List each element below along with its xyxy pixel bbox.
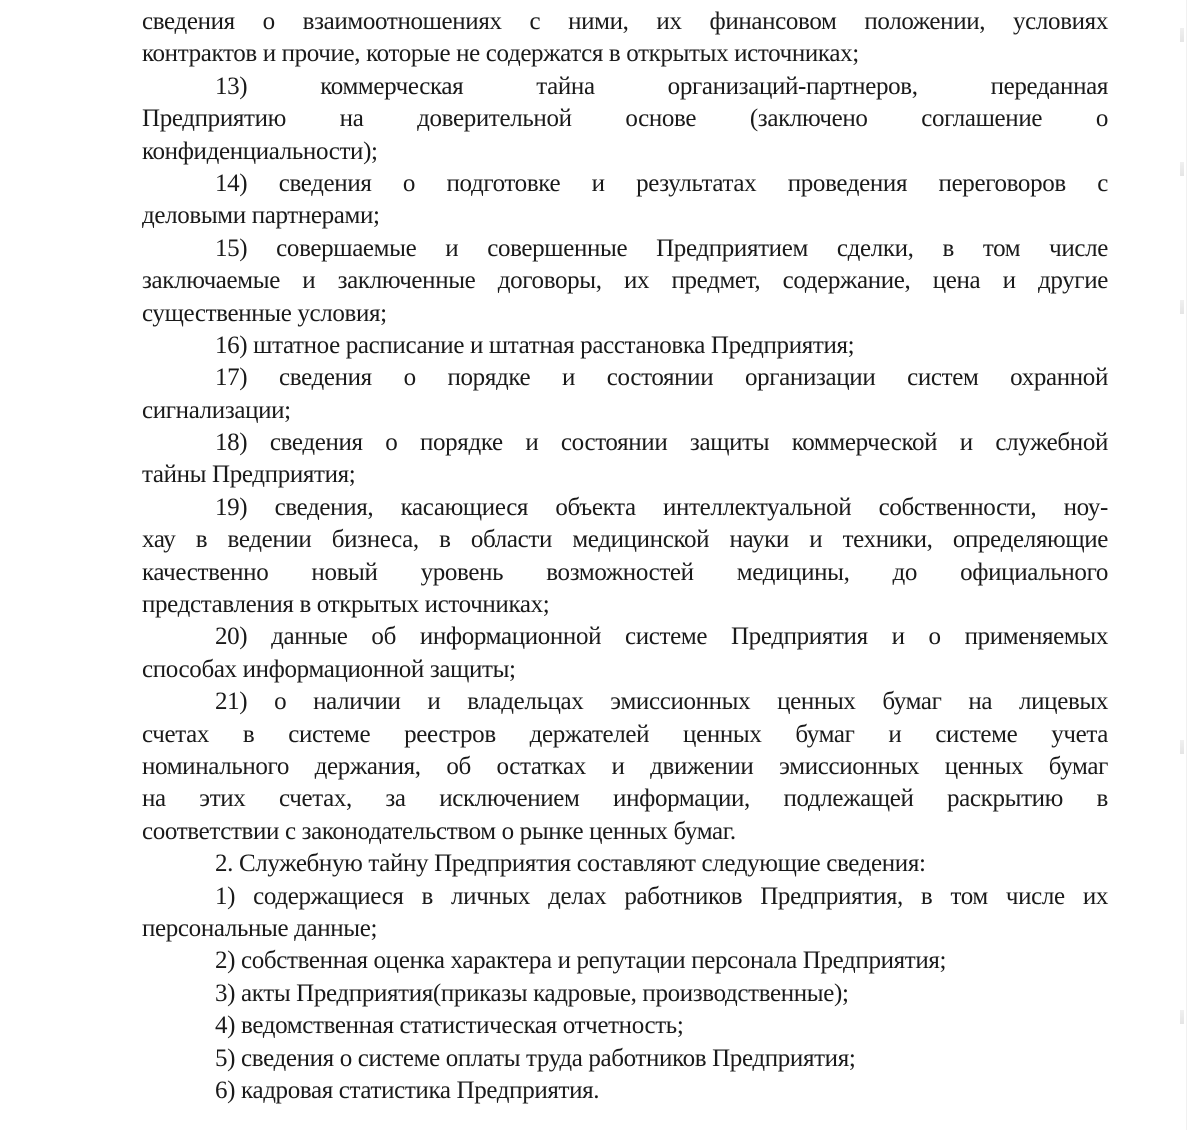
text-line: качественно новый уровень возможностей м… [142, 557, 1108, 589]
paragraph-s2-item-3: 3) акты Предприятия(приказы кадровые, пр… [142, 978, 1108, 1010]
paragraph-item-19: 19) сведения, касающиеся объекта интелле… [142, 492, 1108, 622]
text-line: персональные данные; [142, 913, 1108, 945]
text-line: 4) ведомственная статистическая отчетнос… [142, 1010, 1108, 1042]
paragraph-s2-item-4: 4) ведомственная статистическая отчетнос… [142, 1010, 1108, 1042]
text-line: хау в ведении бизнеса, в области медицин… [142, 524, 1108, 556]
text-line: существенные условия; [142, 298, 1108, 330]
text-line: 3) акты Предприятия(приказы кадровые, пр… [142, 978, 1108, 1010]
text-line: контрактов и прочие, которые не содержат… [142, 38, 1108, 70]
paragraph-s2-item-2: 2) собственная оценка характера и репута… [142, 945, 1108, 977]
text-line: 16) штатное расписание и штатная расстан… [142, 330, 1108, 362]
text-line: соответствии с законодательством о рынке… [142, 816, 1108, 848]
scan-artifact [1180, 740, 1184, 754]
text-line: сигнализации; [142, 395, 1108, 427]
paragraph-item-20: 20) данные об информационной системе Пре… [142, 621, 1108, 686]
text-line: сведения о взаимоотношениях с ними, их ф… [142, 6, 1108, 38]
text-line: деловыми партнерами; [142, 200, 1108, 232]
scan-artifact [1180, 1010, 1184, 1024]
scan-artifact [1180, 300, 1184, 314]
scan-edge-line [1186, 0, 1187, 1130]
text-line: 1) содержащиеся в личных делах работнико… [142, 881, 1108, 913]
document-page: сведения о взаимоотношениях с ними, их ф… [142, 6, 1108, 1107]
text-line: конфиденциальности); [142, 136, 1108, 168]
text-line: заключаемые и заключенные договоры, их п… [142, 265, 1108, 297]
text-line: номинального держания, об остатках и дви… [142, 751, 1108, 783]
paragraph-item-18: 18) сведения о порядке и состоянии защит… [142, 427, 1108, 492]
text-line: способах информационной защиты; [142, 654, 1108, 686]
text-line: на этих счетах, за исключением информаци… [142, 783, 1108, 815]
paragraph-item-21: 21) о наличии и владельцах эмиссионных ц… [142, 686, 1108, 848]
text-line: счетах в системе реестров держателей цен… [142, 719, 1108, 751]
scan-artifact [1180, 28, 1184, 42]
paragraph-section-2: 2. Служебную тайну Предприятия составляю… [142, 848, 1108, 880]
text-line: 18) сведения о порядке и состоянии защит… [142, 427, 1108, 459]
paragraph-item-14: 14) сведения о подготовке и результатах … [142, 168, 1108, 233]
paragraph-item-13: 13) коммерческая тайна организаций-партн… [142, 71, 1108, 168]
text-line: 15) совершаемые и совершенные Предприяти… [142, 233, 1108, 265]
paragraph-item-15: 15) совершаемые и совершенные Предприяти… [142, 233, 1108, 330]
text-line: представления в открытых источниках; [142, 589, 1108, 621]
text-line: 5) сведения о системе оплаты труда работ… [142, 1043, 1108, 1075]
text-line: 17) сведения о порядке и состоянии орган… [142, 362, 1108, 394]
paragraph-s2-item-6: 6) кадровая статистика Предприятия. [142, 1075, 1108, 1107]
scan-artifact [1180, 162, 1184, 176]
text-line: Предприятию на доверительной основе (зак… [142, 103, 1108, 135]
text-line: тайны Предприятия; [142, 459, 1108, 491]
paragraph-item-16: 16) штатное расписание и штатная расстан… [142, 330, 1108, 362]
text-line: 6) кадровая статистика Предприятия. [142, 1075, 1108, 1107]
text-line: 2. Служебную тайну Предприятия составляю… [142, 848, 1108, 880]
paragraph-cont-12: сведения о взаимоотношениях с ними, их ф… [142, 6, 1108, 71]
paragraph-s2-item-1: 1) содержащиеся в личных делах работнико… [142, 881, 1108, 946]
text-line: 13) коммерческая тайна организаций-партн… [142, 71, 1108, 103]
paragraph-item-17: 17) сведения о порядке и состоянии орган… [142, 362, 1108, 427]
text-line: 2) собственная оценка характера и репута… [142, 945, 1108, 977]
paragraph-s2-item-5: 5) сведения о системе оплаты труда работ… [142, 1043, 1108, 1075]
text-line: 21) о наличии и владельцах эмиссионных ц… [142, 686, 1108, 718]
text-line: 19) сведения, касающиеся объекта интелле… [142, 492, 1108, 524]
text-line: 20) данные об информационной системе Пре… [142, 621, 1108, 653]
text-line: 14) сведения о подготовке и результатах … [142, 168, 1108, 200]
